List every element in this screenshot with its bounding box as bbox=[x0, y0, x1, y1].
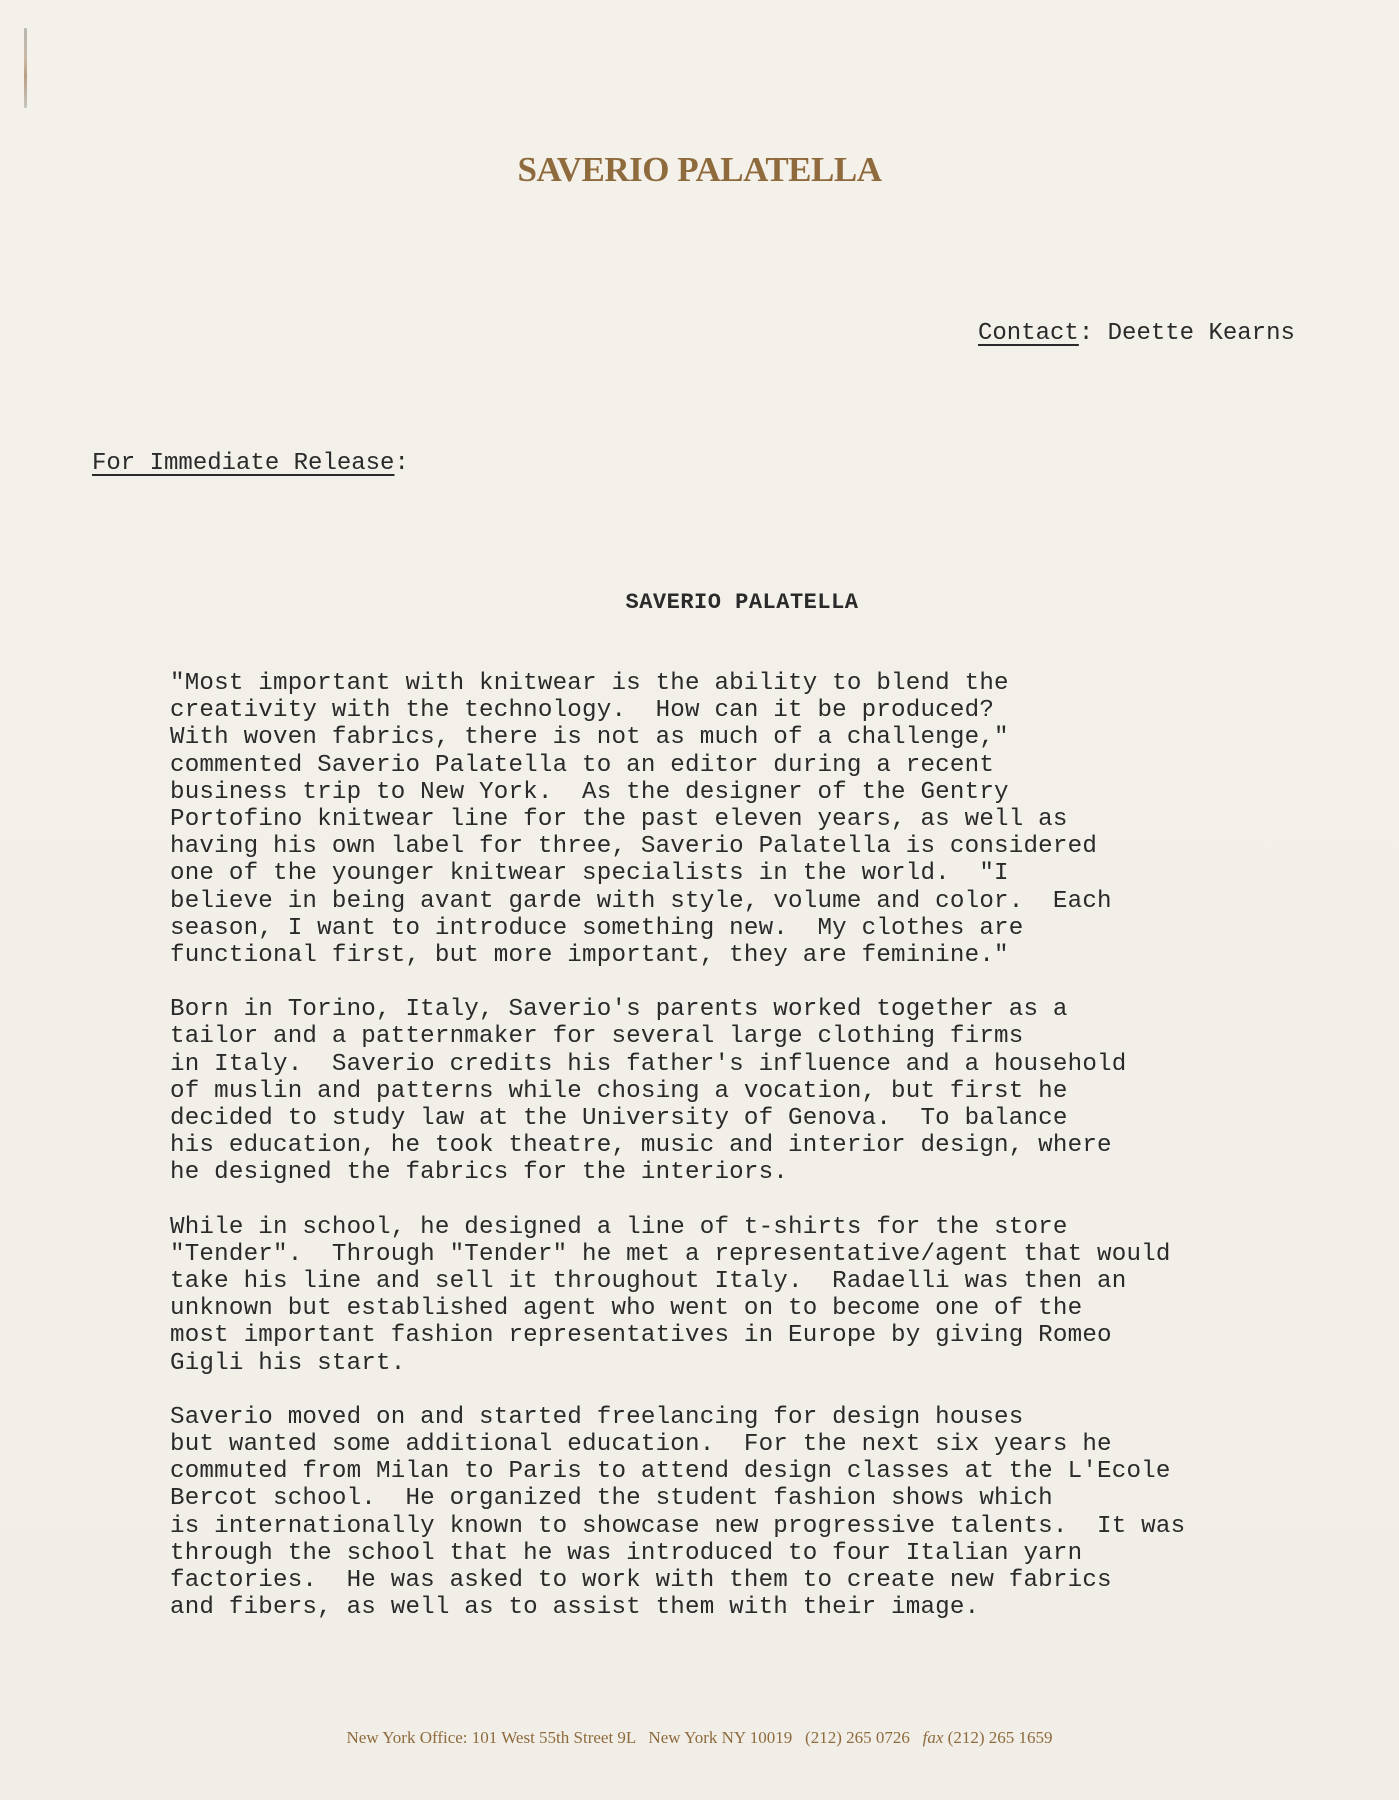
text-line: Born in Torino, Italy, Saverio's parents… bbox=[170, 996, 1350, 1023]
text-line: "Tender". Through "Tender" he met a repr… bbox=[170, 1241, 1350, 1268]
text-line: decided to study law at the University o… bbox=[170, 1105, 1350, 1132]
text-line: is internationally known to showcase new… bbox=[170, 1513, 1350, 1540]
text-line: but wanted some additional education. Fo… bbox=[170, 1431, 1350, 1458]
text-line: one of the younger knitwear specialists … bbox=[170, 860, 1350, 887]
text-line: functional first, but more important, th… bbox=[170, 942, 1350, 969]
text-line: factories. He was asked to work with the… bbox=[170, 1567, 1350, 1594]
text-line: and fibers, as well as to assist them wi… bbox=[170, 1594, 1350, 1621]
release-suffix: : bbox=[394, 450, 408, 477]
document-title: SAVERIO PALATELLA bbox=[0, 590, 1399, 615]
release-label: For Immediate Release bbox=[92, 450, 394, 477]
text-line: unknown but established agent who went o… bbox=[170, 1295, 1350, 1322]
paragraph: "Most important with knitwear is the abi… bbox=[170, 670, 1350, 969]
text-line: of muslin and patterns while chosing a v… bbox=[170, 1078, 1350, 1105]
text-line: in Italy. Saverio credits his father's i… bbox=[170, 1051, 1350, 1078]
text-line: Gigli his start. bbox=[170, 1350, 1350, 1377]
text-line: Bercot school. He organized the student … bbox=[170, 1485, 1350, 1512]
text-line: business trip to New York. As the design… bbox=[170, 779, 1350, 806]
paper-page: SAVERIO PALATELLA Contact: Deette Kearns… bbox=[0, 0, 1399, 1800]
text-line: Saverio moved on and started freelancing… bbox=[170, 1404, 1350, 1431]
footer-address: New York Office: 101 West 55th Street 9L… bbox=[0, 1728, 1399, 1748]
paragraph: While in school, he designed a line of t… bbox=[170, 1214, 1350, 1377]
contact-label: Contact bbox=[978, 320, 1079, 347]
paragraph: Born in Torino, Italy, Saverio's parents… bbox=[170, 996, 1350, 1186]
text-line: take his line and sell it throughout Ita… bbox=[170, 1268, 1350, 1295]
contact-separator: : bbox=[1079, 320, 1108, 347]
footer-fax-label: fax bbox=[923, 1728, 944, 1747]
text-line: season, I want to introduce something ne… bbox=[170, 915, 1350, 942]
letterhead-name: SAVERIO PALATELLA bbox=[0, 150, 1399, 190]
text-line: tailor and a patternmaker for several la… bbox=[170, 1023, 1350, 1050]
contact-line: Contact: Deette Kearns bbox=[978, 320, 1295, 347]
text-line: While in school, he designed a line of t… bbox=[170, 1214, 1350, 1241]
footer-fax-number: (212) 265 1659 bbox=[943, 1728, 1052, 1747]
text-line: through the school that he was introduce… bbox=[170, 1540, 1350, 1567]
text-line: believe in being avant garde with style,… bbox=[170, 888, 1350, 915]
text-line: his education, he took theatre, music an… bbox=[170, 1132, 1350, 1159]
text-line: commuted from Milan to Paris to attend d… bbox=[170, 1458, 1350, 1485]
text-line: commented Saverio Palatella to an editor… bbox=[170, 752, 1350, 779]
text-line: "Most important with knitwear is the abi… bbox=[170, 670, 1350, 697]
contact-name: Deette Kearns bbox=[1108, 320, 1295, 347]
release-line: For Immediate Release: bbox=[92, 450, 409, 477]
text-line: having his own label for three, Saverio … bbox=[170, 833, 1350, 860]
paragraph: Saverio moved on and started freelancing… bbox=[170, 1404, 1350, 1622]
text-line: creativity with the technology. How can … bbox=[170, 697, 1350, 724]
text-line: Portofino knitwear line for the past ele… bbox=[170, 806, 1350, 833]
text-line: With woven fabrics, there is not as much… bbox=[170, 724, 1350, 751]
document-body: "Most important with knitwear is the abi… bbox=[170, 670, 1350, 1649]
staple-mark bbox=[24, 28, 27, 108]
footer-office: New York Office: 101 West 55th Street 9L… bbox=[347, 1728, 923, 1747]
text-line: he designed the fabrics for the interior… bbox=[170, 1159, 1350, 1186]
text-line: most important fashion representatives i… bbox=[170, 1322, 1350, 1349]
